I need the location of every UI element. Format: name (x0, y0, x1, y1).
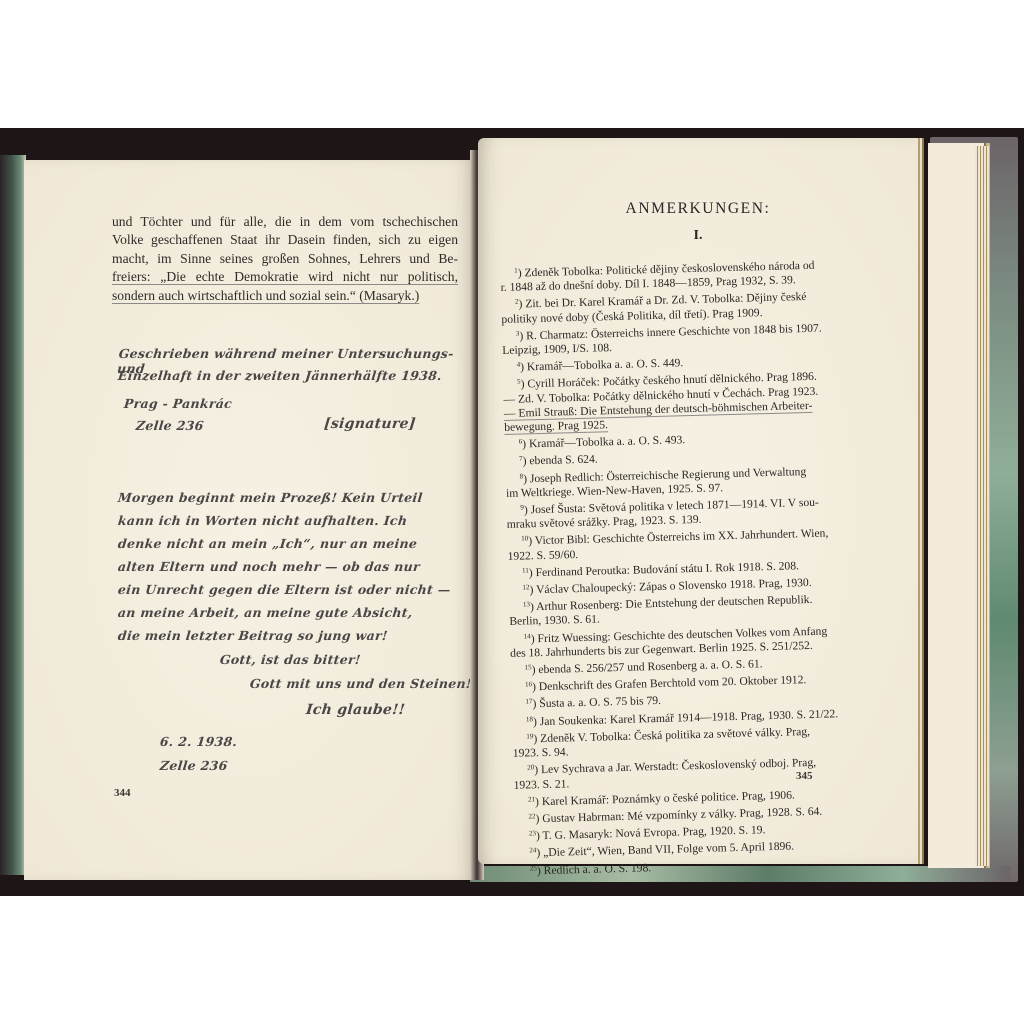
footnote-mark: 14 (524, 632, 531, 640)
page-number: 344 (114, 787, 131, 799)
handwritten-line: ein Unrecht gegen die Eltern ist oder ni… (117, 582, 451, 597)
handwritten-line: kann ich in Worten nicht aufhalten. Ich (117, 513, 408, 528)
footnote-mark: 22 (528, 812, 535, 820)
handwritten-line: Einzelhaft in der zweiten Jännerhälfte 1… (117, 368, 442, 383)
text-line-underlined: sondern auch wirtschaftlich und sozial s… (112, 287, 458, 305)
handwritten-cell: Zelle 236 (159, 758, 228, 773)
footnote-mark: 5 (517, 378, 521, 386)
right-page: ANMERKUNGEN: I. 1) Zdeněk Tobolka: Polit… (478, 138, 918, 864)
page-number: 345 (796, 770, 813, 782)
footnote-mark: 18 (526, 715, 533, 723)
footnote-mark: 8 (519, 472, 523, 480)
footnote-text: ebenda S. 624. (529, 453, 598, 468)
footnote-mark: 7 (519, 455, 523, 463)
text-line: macht, im Sinne seines großen Sohnes, Le… (112, 250, 458, 268)
footnote-text: Šusta a. a. O. S. 75 bis 79. (539, 694, 661, 710)
footnote-mark: 10 (521, 535, 528, 543)
handwritten-cell: Zelle 236 (135, 418, 204, 433)
handwritten-line: denke nicht an mein „Ich“, nur an meine (117, 536, 418, 551)
footnote-mark: 11 (522, 566, 529, 574)
page-heading: ANMERKUNGEN: (478, 200, 918, 218)
footnote-mark: 17 (525, 698, 532, 706)
footnote-mark: 3 (516, 329, 520, 337)
printed-paragraph: und Töchter und für alle, die in dem vom… (112, 213, 458, 305)
footnote-mark: 1 (514, 267, 518, 275)
section-number: I. (478, 228, 918, 244)
footnote-mark: 23 (529, 829, 536, 837)
footnote-text: Redlich a. a. O. S. 198. (543, 861, 651, 877)
footnote-mark: 16 (525, 681, 532, 689)
handwritten-signature: [signature] (323, 416, 416, 432)
handwritten-line: Ich glaube!! (305, 702, 406, 718)
handwritten-line: Gott mit uns und den Steinen! (249, 676, 472, 691)
handwritten-line: alten Eltern und noch mehr — ob das nur (117, 559, 421, 574)
handwritten-line: Gott, ist das bitter! (219, 652, 361, 667)
handwritten-place: Prag - Pankrác (123, 396, 233, 411)
footnote-mark: 24 (529, 847, 536, 855)
left-page: und Töchter und für alle, die in dem vom… (24, 160, 474, 880)
footnote-mark: 4 (517, 361, 521, 369)
book-cover-left-edge (0, 155, 26, 875)
footnote-mark: 2 (515, 298, 519, 306)
footnote-mark: 6 (519, 438, 523, 446)
footnotes-list: 1) Zdeněk Tobolka: Politické dějiny česk… (500, 255, 864, 879)
footnote-mark: 21 (528, 795, 535, 803)
footnote-mark: 13 (523, 601, 530, 609)
footnote-mark: 12 (522, 583, 529, 591)
page-stack-edges (975, 146, 989, 866)
handwritten-line: die mein letzter Beitrag so jung war! (117, 628, 388, 643)
handwritten-date: 6. 2. 1938. (159, 734, 238, 749)
footnote-mark: 15 (524, 663, 531, 671)
footnote-mark: 9 (520, 504, 524, 512)
footnote-mark: 19 (526, 732, 533, 740)
footnote-mark: 25 (530, 864, 537, 872)
text-line-underlined: freiers: „Die echte Demokratie wird nich… (112, 268, 458, 286)
text-line: Volke geschaffenen Staat ihr Dasein find… (112, 231, 458, 249)
footnote-mark: 20 (527, 764, 534, 772)
handwritten-line: Morgen beginnt mein Prozeß! Kein Urteil (117, 490, 423, 505)
text-line: und Töchter und für alle, die in dem vom… (112, 213, 458, 231)
handwritten-line: an meine Arbeit, an meine gute Absicht, (117, 605, 413, 620)
